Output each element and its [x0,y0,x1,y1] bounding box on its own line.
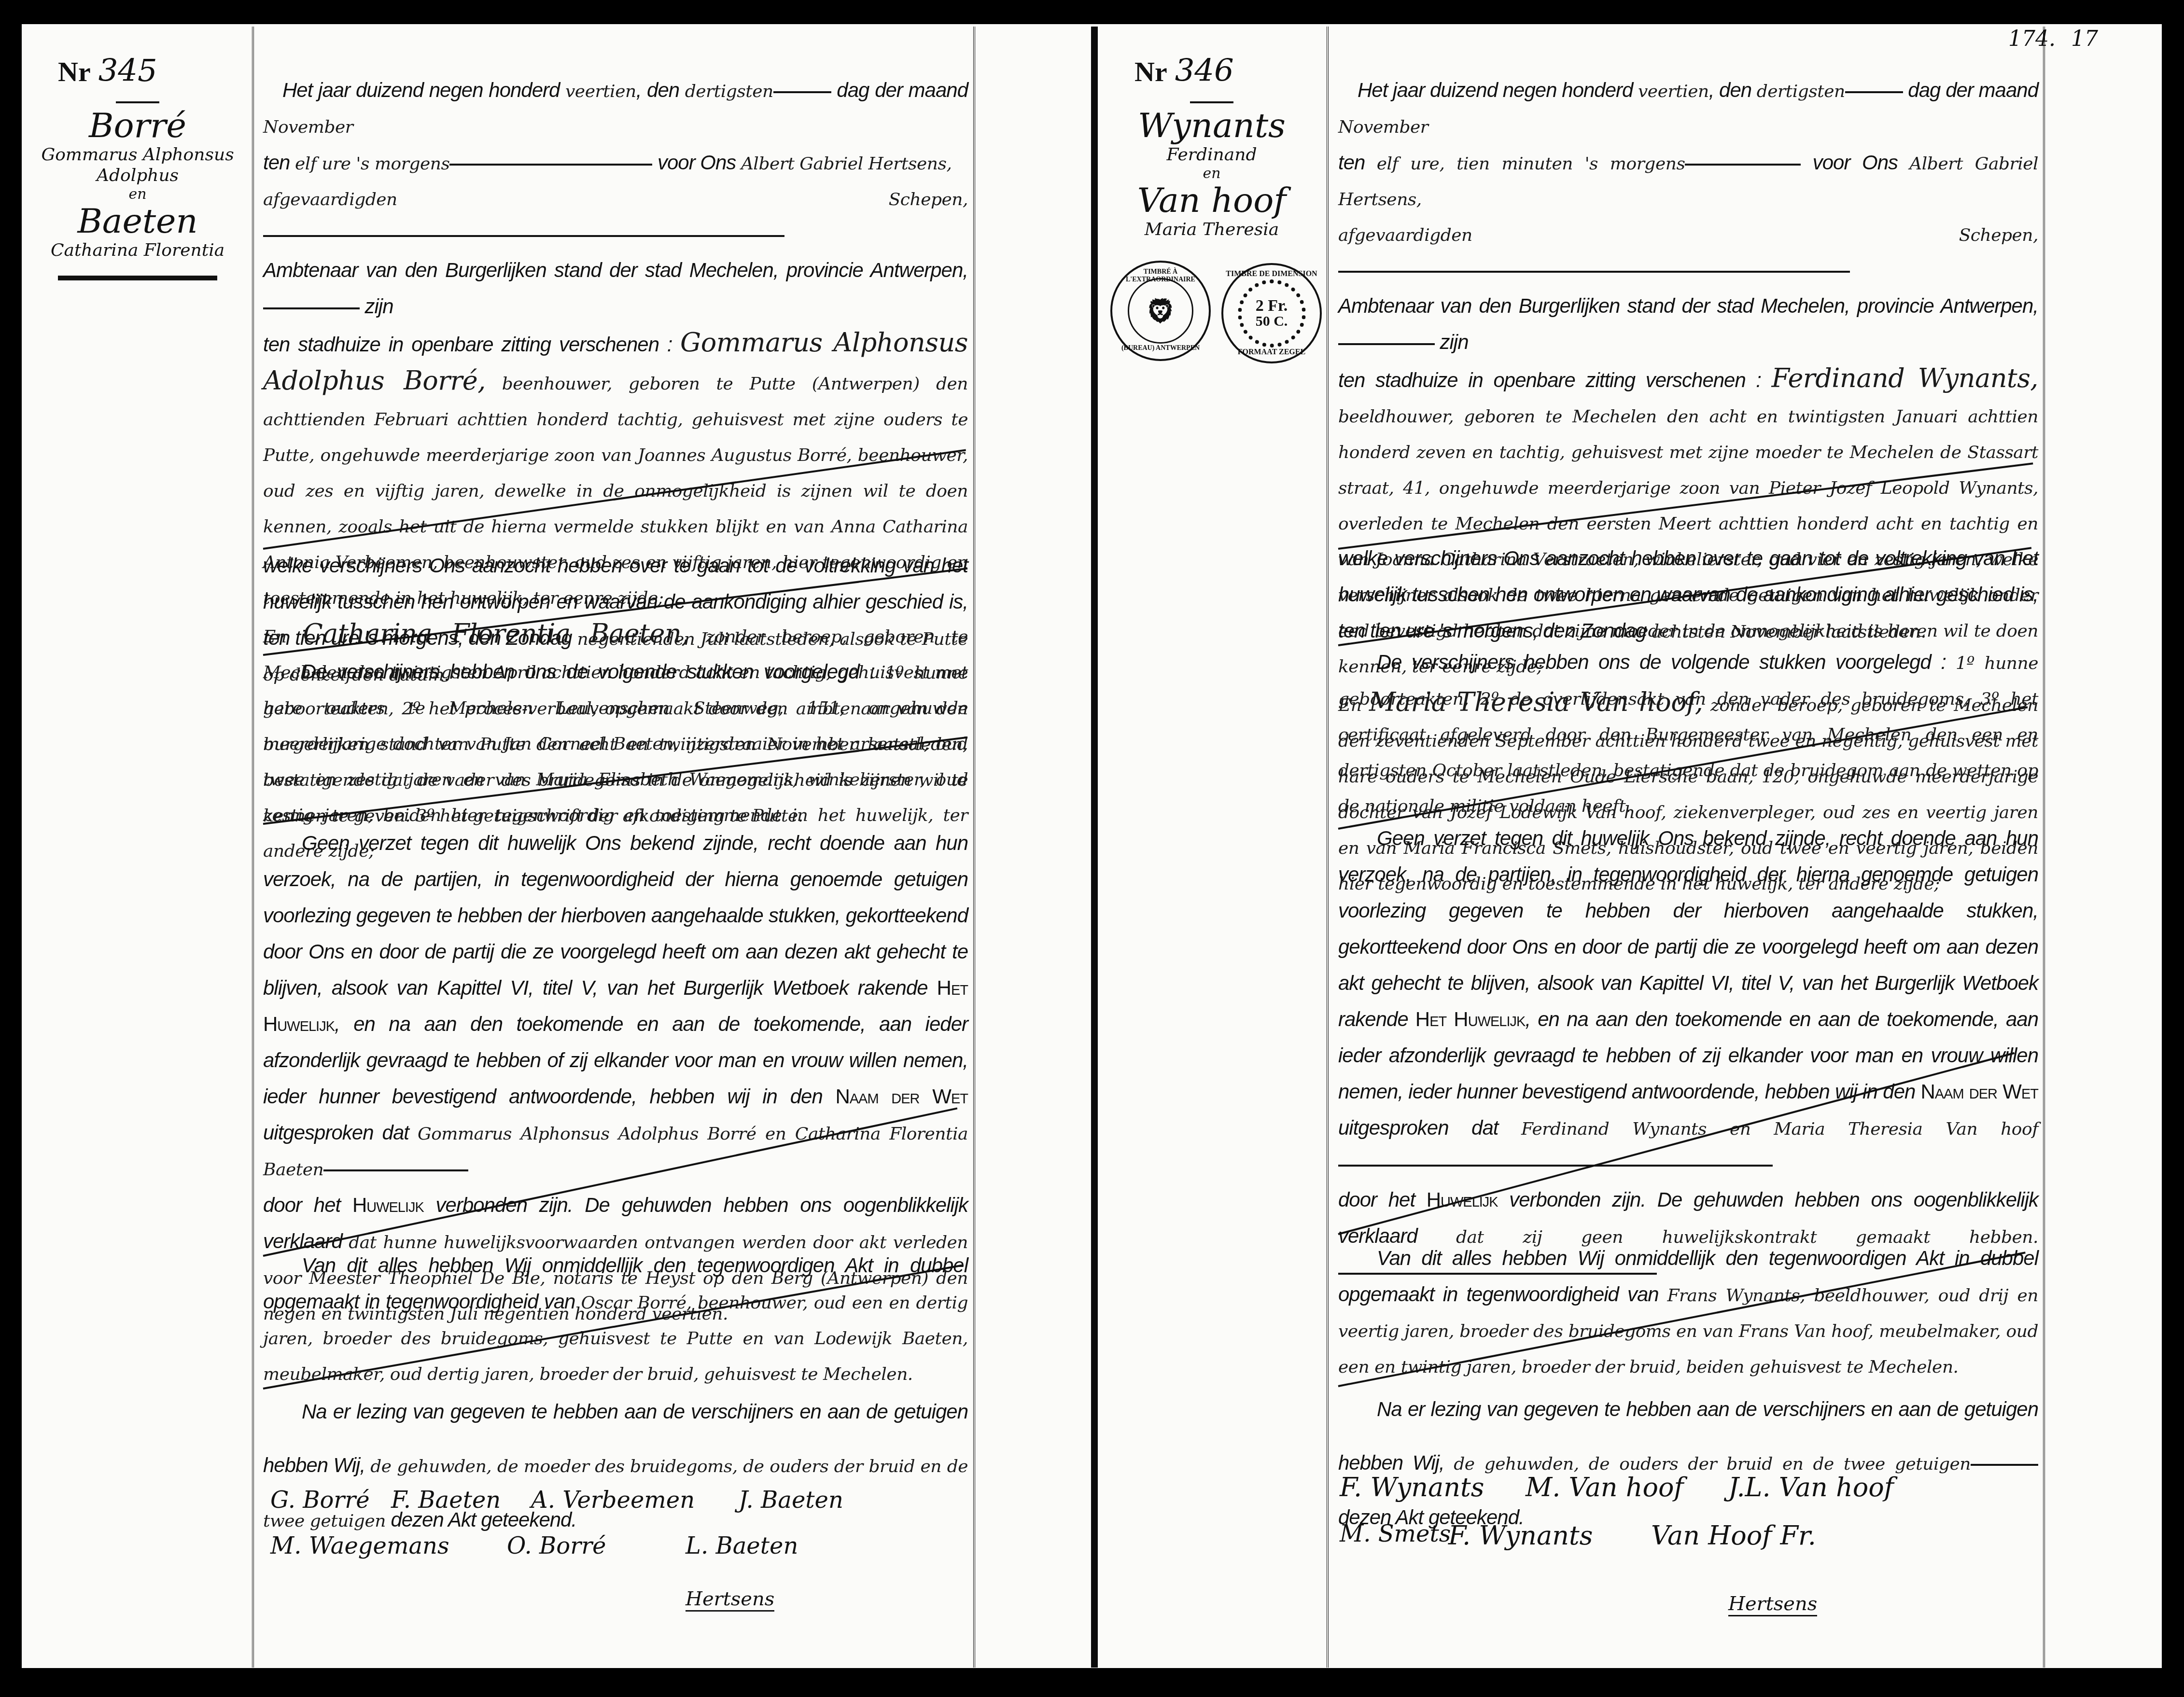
ceremony-paragraph: Geen verzet tegen dit huwelijk Ons beken… [1338,821,2038,1290]
witnesses-paragraph: Van dit alles hebben Wij onmiddellijk de… [1338,1240,2038,1385]
documents-paragraph: De verschijners hebben ons de volgende s… [263,654,968,834]
month-field: November [263,117,353,137]
groom-given-names: Ferdinand [1106,144,1318,165]
officer-signature: Hertsens [686,1588,774,1612]
month-field: November [1338,117,1428,137]
connector: en [29,186,246,203]
groom-surname: Borré [29,107,246,144]
year-field: veertien [565,82,636,101]
margin-rule [252,27,257,1668]
divider [1190,101,1233,103]
bride-given-names: Catharina Florentia [29,240,246,261]
record-number: Nr 346 [1134,53,1234,89]
groom-surname: Wynants [1106,107,1318,144]
divider-bar [58,276,217,280]
year-field: veertien [1638,82,1709,101]
groom-name: Ferdinand Wynants, [1771,363,2038,393]
bride-surname: Baeten [29,203,246,240]
time-field: elf ure 's morgens [295,154,450,174]
closing-paragraph: Na er lezing van gegeven te hebben aan d… [263,1385,968,1548]
officer-signature: Hertsens [1728,1593,1817,1616]
bride-given-names: Maria Theresia [1106,219,1318,240]
time-field: elf ure, tien minuten 's morgens [1377,154,1685,174]
record-margin-346: Nr 346 Wynants Ferdinand en Van hoof Mar… [1106,48,1318,240]
extraordinary-tax-stamp: 🦁︎ TIMBRÉ À L'EXTRAORDINAIRE (BUREAU) AN… [1110,261,1211,361]
divider [116,101,159,103]
lion-emblem-icon: 🦁︎ [1145,297,1176,325]
bride-surname: Van hoof [1106,182,1318,219]
margin-rule [1327,27,1331,1668]
record-number: Nr 345 [58,53,157,89]
right-margin-rule [973,27,978,1668]
dimension-tax-stamp: 2 Fr. 50 C. TIMBRE DE DIMENSION FORMAAT … [1221,263,1322,363]
right-margin-rule [2043,27,2048,1668]
documents-paragraph: De verschijners hebben ons de volgende s… [1338,644,2038,824]
connector: en [1106,165,1318,182]
record-margin-345: Nr 345 Borré Gommarus Alphonsus Adolphus… [29,48,246,280]
groom-given-names: Gommarus Alphonsus Adolphus [29,144,246,186]
officer-field: Albert Gabriel Hertsens, [741,154,952,174]
folio-number: 17 [2071,27,2098,51]
day-field: dertigsten [685,82,773,101]
folio-number: 174. [2008,27,2056,51]
book-spine [1091,27,1098,1668]
day-field: dertigsten [1757,82,1845,101]
